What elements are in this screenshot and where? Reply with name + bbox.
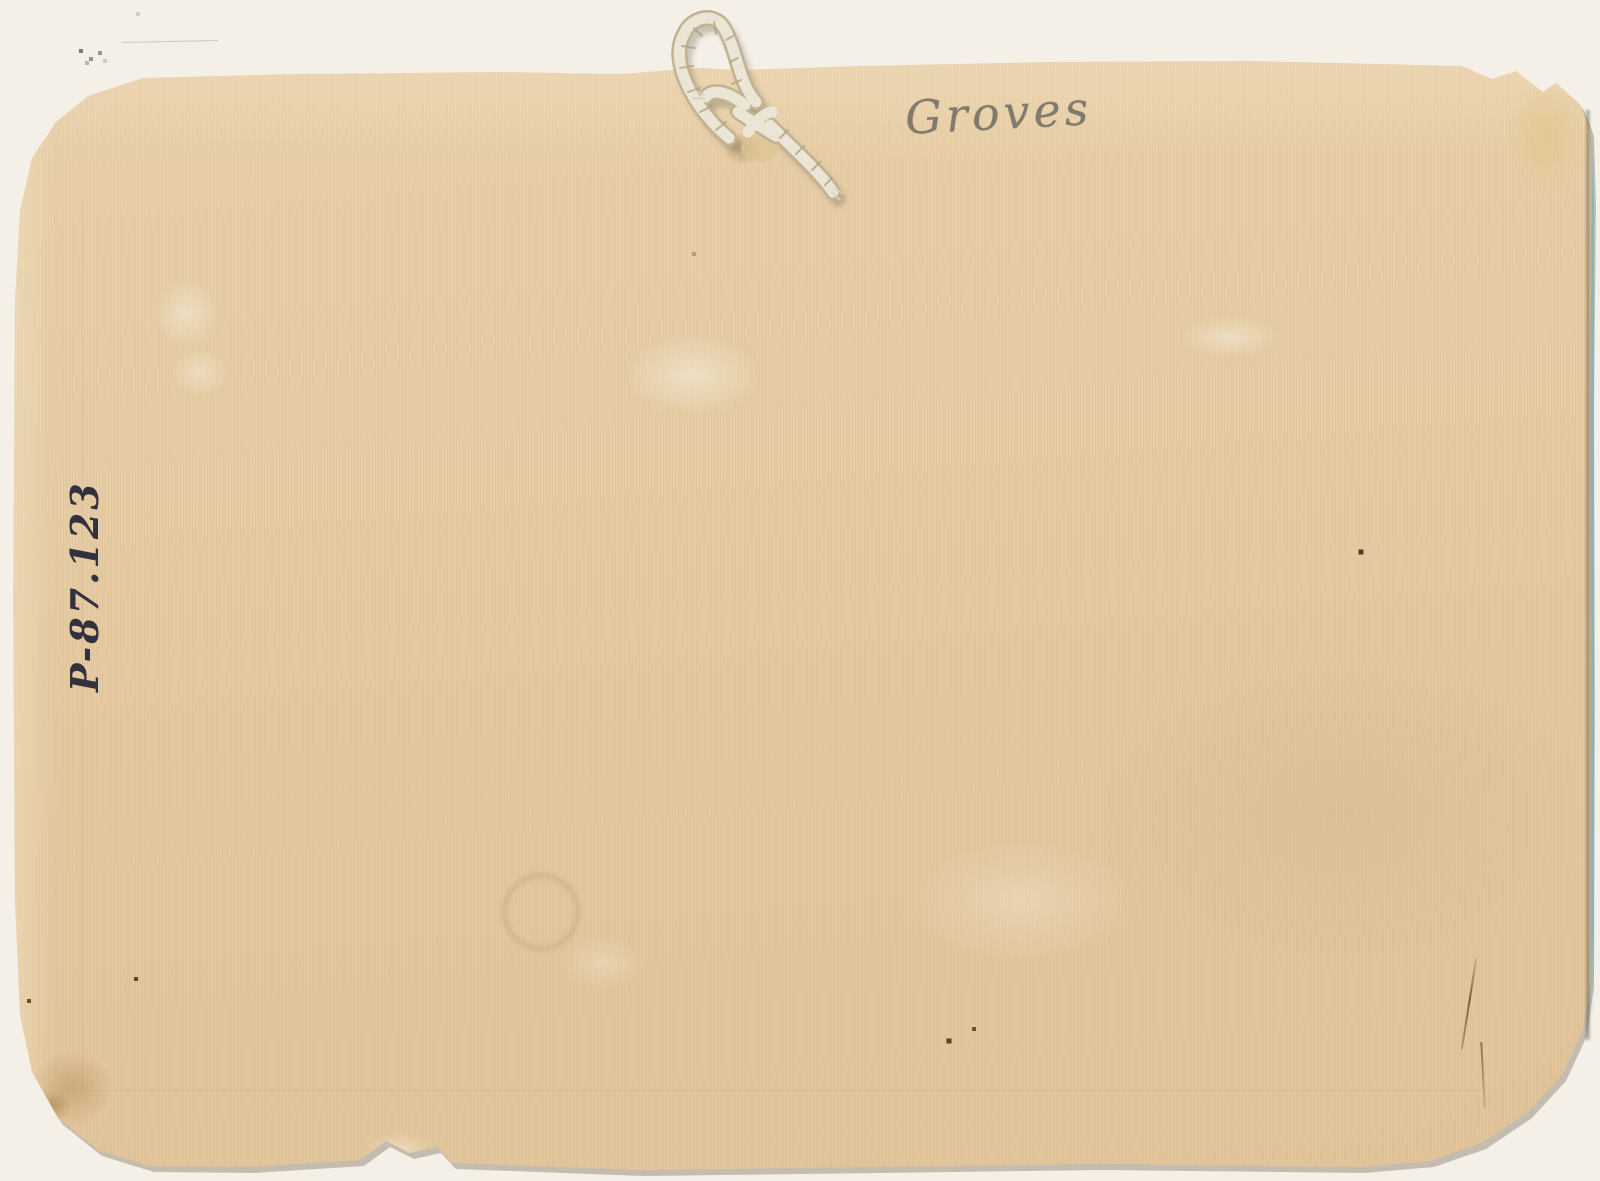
scan-background: Groves P-87.123	[0, 0, 1600, 1181]
scanner-scratch-line	[122, 40, 218, 43]
hanging-string	[620, 0, 880, 230]
press-line-horizontal	[82, 1090, 1482, 1091]
scanner-dust-specks	[0, 0, 2, 2]
catalog-number-inscription: P-87.123	[62, 480, 107, 692]
pencil-inscription: Groves	[904, 81, 1094, 145]
card-right-edge-shadow	[1586, 110, 1590, 1040]
string-loop	[679, 18, 833, 192]
scan-edge-color-fringe	[1591, 130, 1594, 1020]
